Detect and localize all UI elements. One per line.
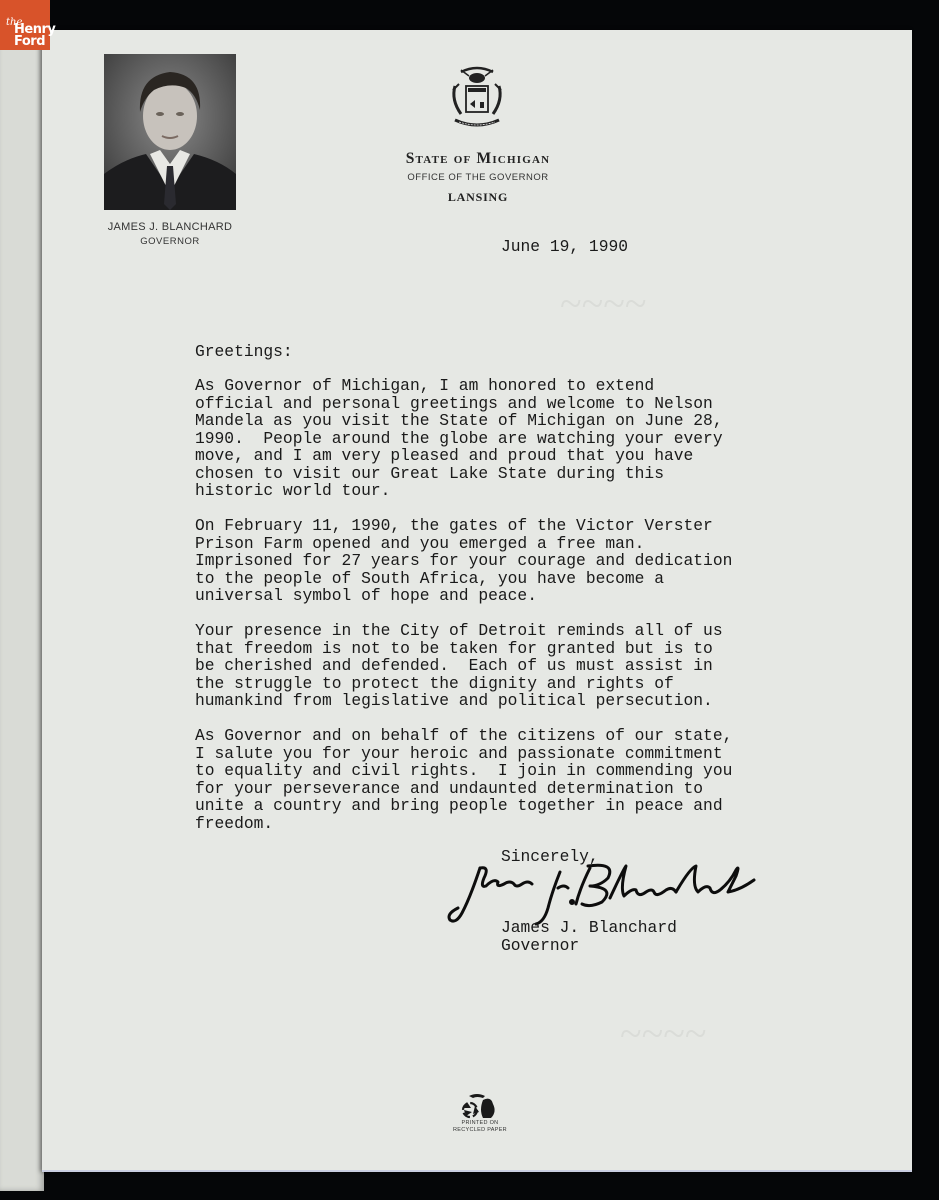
governor-portrait	[104, 54, 236, 210]
letterhead-office: OFFICE OF THE GOVERNOR	[358, 172, 598, 183]
recycled-paper-note: PRINTED ON RECYCLED PAPER	[440, 1120, 520, 1134]
letterhead-state: State of Michigan	[358, 150, 598, 168]
recycle-icon	[455, 1090, 505, 1120]
letter-paragraph: On February 11, 1990, the gates of the V…	[195, 517, 732, 605]
letterhead-city: LANSING	[358, 190, 598, 205]
signer-title: Governor	[501, 937, 579, 955]
letter-greeting: Greetings:	[195, 343, 293, 361]
signer-name: James J. Blanchard	[501, 919, 677, 937]
governor-name-caption: JAMES J. BLANCHARD	[80, 221, 260, 233]
letter-date: June 19, 1990	[501, 238, 628, 256]
recycled-line-2: RECYCLED PAPER	[440, 1127, 520, 1134]
portrait-image	[104, 54, 236, 210]
henry-ford-logo: the Henry Ford	[0, 0, 50, 50]
logo-ford: Ford	[14, 34, 45, 49]
letter-paragraph: As Governor and on behalf of the citizen…	[195, 727, 732, 832]
governor-title-caption: GOVERNOR	[80, 236, 260, 247]
letter-paragraph: Your presence in the City of Detroit rem…	[195, 622, 723, 710]
facing-page-edge	[0, 28, 44, 1191]
letter-paragraph: As Governor of Michigan, I am honored to…	[195, 377, 723, 500]
michigan-seal-icon	[447, 64, 507, 132]
recycled-line-1: PRINTED ON	[440, 1120, 520, 1127]
